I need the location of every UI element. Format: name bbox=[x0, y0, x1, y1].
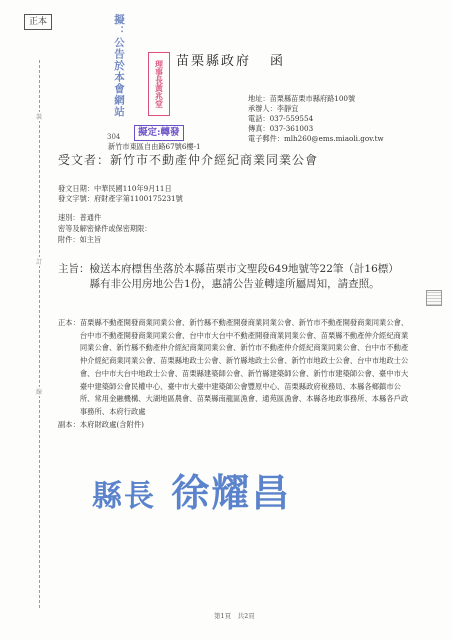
contact-handler: 承辦人：李靜宜 bbox=[248, 104, 384, 114]
small-seal-icon bbox=[426, 290, 442, 306]
issue-date: 發文日期：中華民國110年9月11日 bbox=[58, 184, 172, 194]
cc-text: 本府財政處(含附件) bbox=[80, 420, 144, 429]
attachment: 附件：如主旨 bbox=[58, 235, 101, 245]
contact-email: 電子郵件：mlh260@ems.miaoli.gov.tw bbox=[248, 134, 384, 144]
cc-line: 副本：本府財政處(含附件) bbox=[58, 420, 144, 430]
recipient-label: 受文者： bbox=[58, 153, 110, 167]
signature-name: 徐耀昌 bbox=[171, 470, 291, 515]
subject-label: 主旨： bbox=[58, 262, 90, 292]
binding-mark-xian: 線 bbox=[34, 387, 44, 396]
contact-block: 地址：苗栗縣苗栗市縣府路100號 承辦人：李靜宜 電話：037-559554 傳… bbox=[248, 94, 384, 144]
contact-address: 地址：苗栗縣苗栗市縣府路100號 bbox=[248, 94, 384, 104]
chairman-seal: 理事長黃兆堂 bbox=[148, 52, 170, 116]
document-type: 函 bbox=[270, 50, 283, 69]
signature-title: 縣長 bbox=[92, 479, 156, 514]
delivery-speed: 速別：普通件 bbox=[58, 213, 101, 223]
binding-mark-ding: 訂 bbox=[34, 257, 44, 266]
distribution-block: 正本： 苗栗縣不動產開發商業同業公會、新竹縣不動產開發商業同業公會、新竹市不動產… bbox=[58, 317, 414, 419]
distribution-list: 苗栗縣不動產開發商業同業公會、新竹縣不動產開發商業同業公會、新竹市不動產開發商業… bbox=[80, 317, 414, 419]
subject-text: 檢送本府標售坐落於本縣苗栗市文聖段649地號等22筆（計16標）縣有非公用房地公… bbox=[90, 262, 409, 292]
subject-block: 主旨： 檢送本府標售坐落於本縣苗栗市文聖段649地號等22筆（計16標）縣有非公… bbox=[58, 262, 408, 292]
security-level: 密等及解密條件或保密期限： bbox=[58, 224, 151, 234]
distribution-label: 正本： bbox=[58, 317, 80, 419]
recipient-line: 受文者：新竹市不動產仲介經紀商業同業公會 bbox=[58, 151, 318, 168]
binding-line bbox=[39, 60, 40, 608]
forward-decision-stamp: 擬定:轉發 bbox=[134, 125, 184, 141]
received-annotation-stamp: 擬：公告於本會網站 bbox=[111, 14, 125, 118]
chairman-seal-text: 理事長黃兆堂 bbox=[155, 60, 164, 108]
recipient-name: 新竹市不動產仲介經紀商業同業公會 bbox=[110, 153, 318, 167]
binding-mark-zhuang: 裝 bbox=[34, 112, 44, 121]
contact-phone: 電話：037-559554 bbox=[248, 114, 384, 124]
original-copy-tag: 正本 bbox=[24, 14, 52, 30]
contact-fax: 傳真：037-361003 bbox=[248, 124, 384, 134]
issuing-organization: 苗栗縣政府 bbox=[176, 50, 251, 69]
received-number: 304 bbox=[107, 133, 120, 141]
cc-label: 副本： bbox=[58, 420, 80, 429]
magistrate-signature-stamp: 縣長 徐耀昌 bbox=[92, 462, 291, 517]
document-number: 發文字號：府財產字第1100175231號 bbox=[58, 194, 183, 204]
page-indicator: 第1頁 共2頁 bbox=[214, 611, 255, 620]
